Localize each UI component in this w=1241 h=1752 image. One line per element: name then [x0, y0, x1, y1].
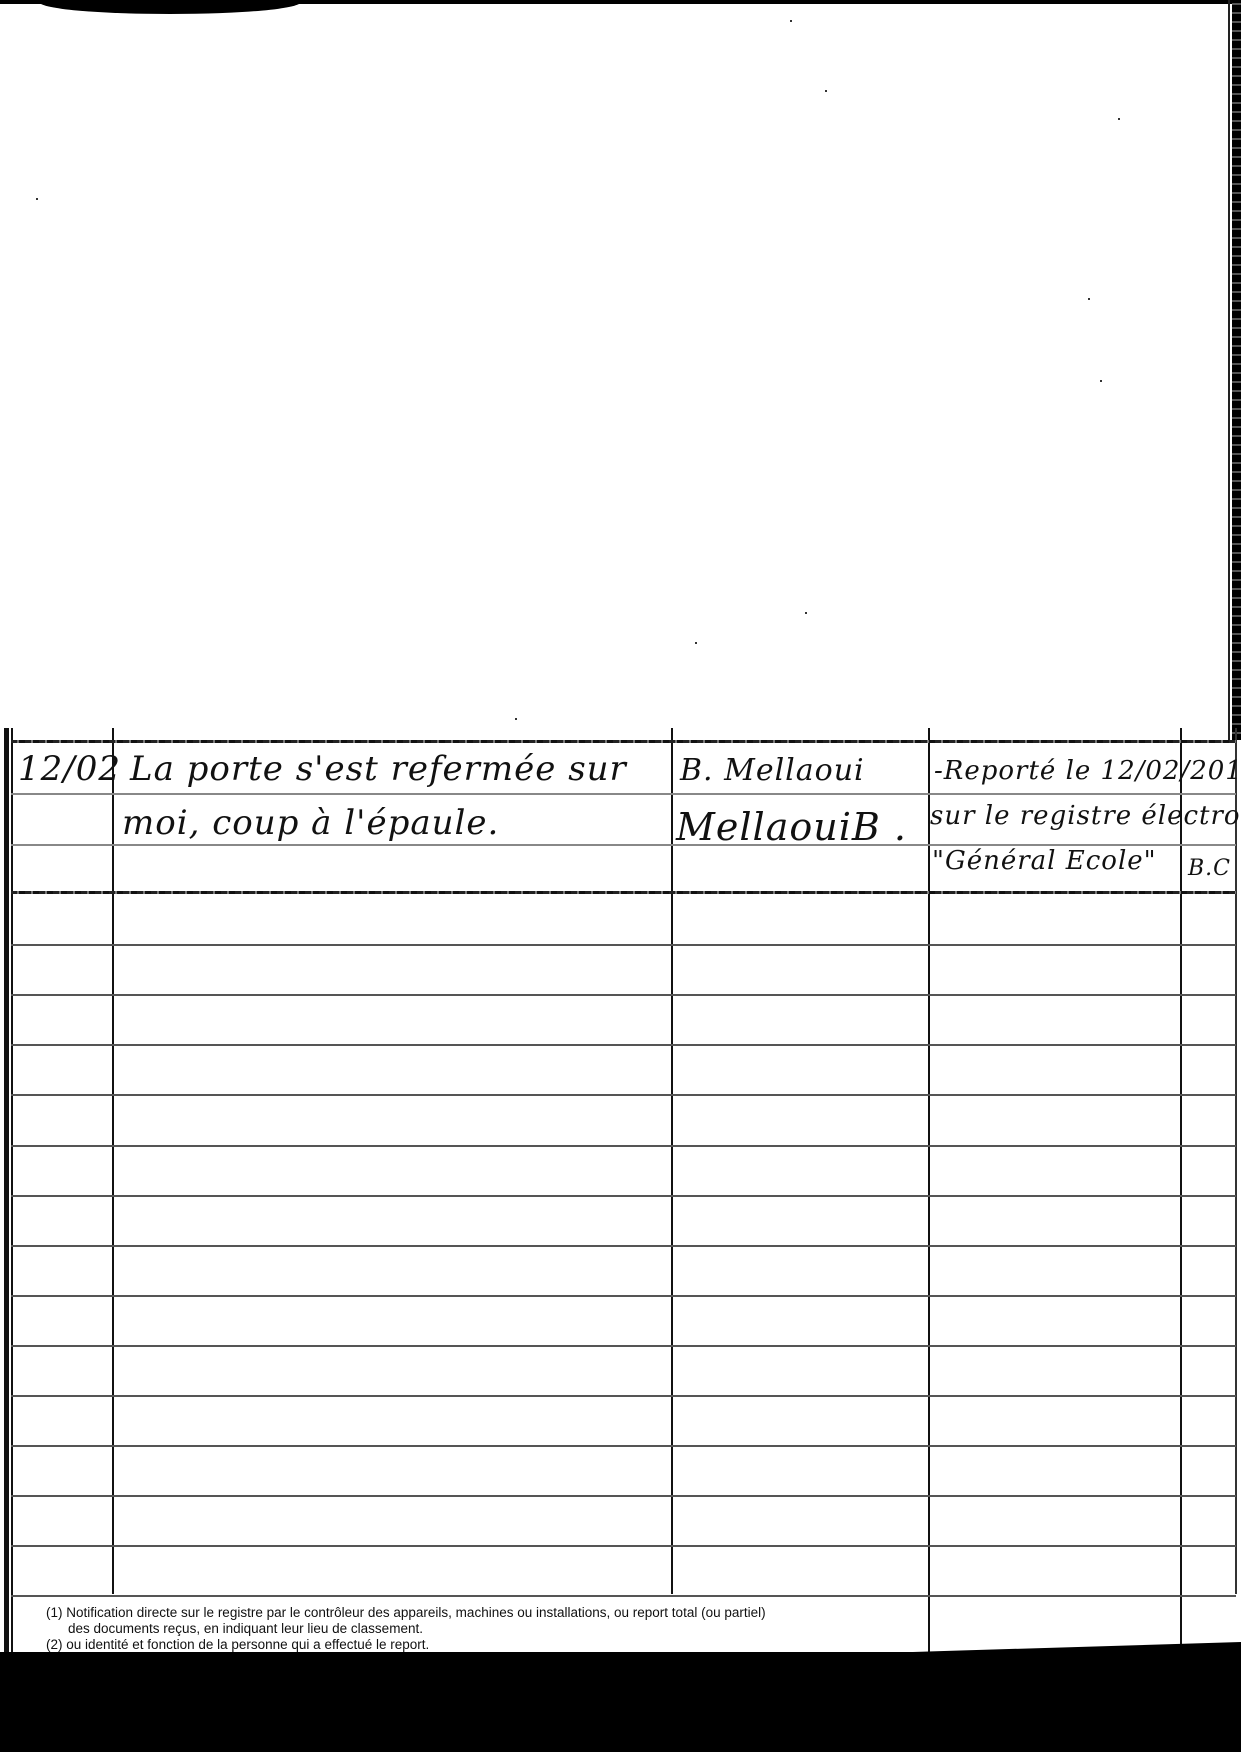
row-divider	[11, 891, 1236, 894]
row-divider	[11, 1145, 1236, 1147]
row-divider	[11, 944, 1236, 946]
footnotes: (1) Notification directe sur le registre…	[46, 1605, 766, 1653]
entry-report-line: "Général Ecole"	[932, 848, 1157, 874]
row-divider	[11, 740, 1236, 743]
row-divider	[11, 1395, 1236, 1397]
column-divider	[928, 728, 930, 1652]
entry-signature: MellaouiB .	[676, 808, 907, 846]
row-divider	[11, 1345, 1236, 1347]
column-divider	[11, 728, 13, 1652]
row-divider	[11, 1295, 1236, 1297]
row-divider	[11, 1445, 1236, 1447]
entry-visa: B.C	[1188, 858, 1231, 880]
footnote-1: (1) Notification directe sur le registre…	[46, 1605, 766, 1637]
footnote-2: (2) ou identité et fonction de la person…	[46, 1637, 766, 1653]
row-divider	[11, 1094, 1236, 1096]
row-divider	[11, 1595, 1236, 1597]
entry-date: 12/02	[18, 752, 121, 786]
column-divider	[1235, 728, 1237, 1594]
entry-signature-name: B. Mellaoui	[680, 756, 865, 786]
entry-report-line: -Reporté le 12/02/2018	[934, 758, 1241, 784]
entry-report-line: sur le registre électro	[930, 803, 1241, 829]
row-divider	[11, 994, 1236, 996]
table-left-border	[4, 728, 9, 1652]
entry-observation-line: La porte s'est refermée sur	[130, 752, 627, 786]
column-divider	[671, 728, 673, 1594]
entry-observation-line: moi, coup à l'épaule.	[122, 806, 499, 840]
column-divider	[1180, 728, 1182, 1652]
column-divider	[112, 728, 114, 1594]
row-divider	[11, 1195, 1236, 1197]
scan-border-bottom	[0, 1652, 1241, 1752]
row-divider	[11, 1044, 1236, 1046]
register-table: 12/02 La porte s'est refermée sur moi, c…	[0, 0, 1241, 1752]
row-divider	[11, 1545, 1236, 1547]
row-divider	[11, 1245, 1236, 1247]
row-subline	[11, 793, 1236, 795]
row-divider	[11, 1495, 1236, 1497]
